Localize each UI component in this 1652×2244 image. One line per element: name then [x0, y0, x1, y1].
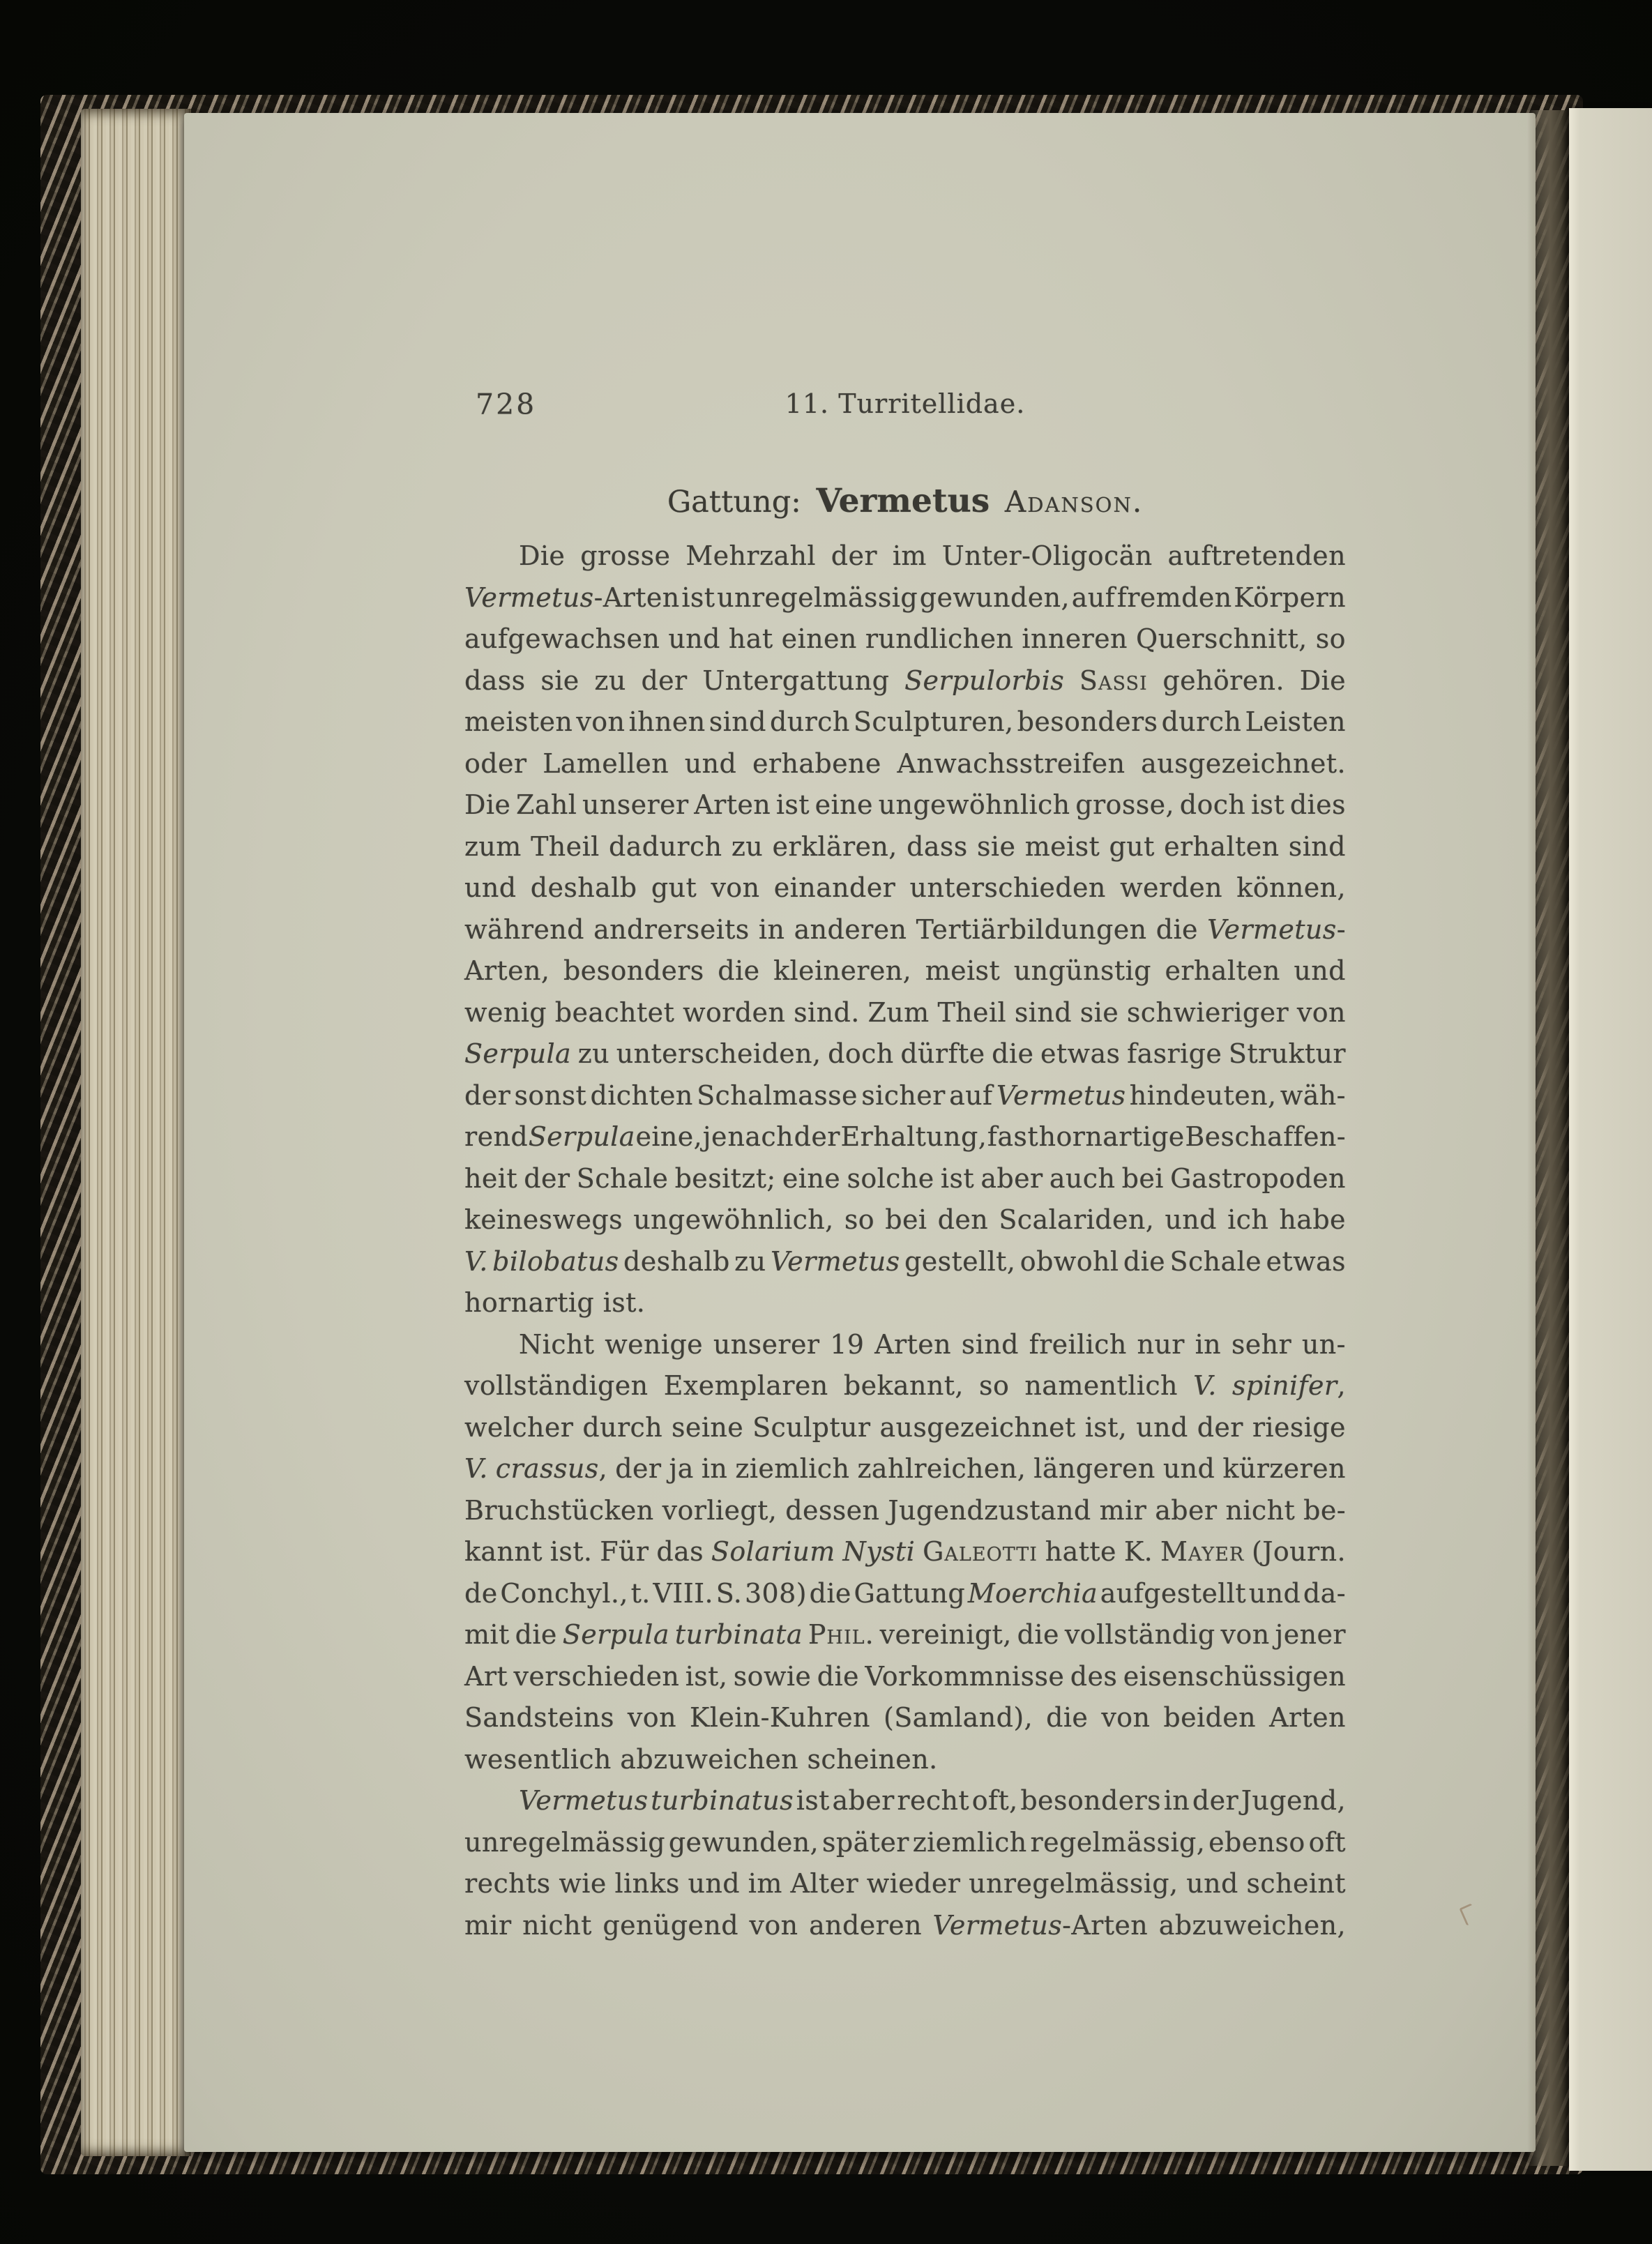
word-token: riesige [1252, 1407, 1346, 1449]
word-token: ist [796, 1780, 830, 1822]
word-token: ich [1227, 1199, 1268, 1241]
word-token: zu [578, 1033, 609, 1075]
word-token: so [1316, 619, 1346, 660]
word-token: turbinata [675, 1614, 803, 1656]
word-token: Arten [1269, 1697, 1346, 1739]
word-token: rechts [464, 1863, 551, 1905]
word-token: besonders [563, 950, 704, 992]
word-token: von [749, 1905, 798, 1947]
word-token: wenige [605, 1324, 703, 1366]
word-token: Arten [694, 784, 771, 826]
word-token: auf [1072, 577, 1115, 619]
word-token: die [810, 1573, 851, 1615]
word-token: wieder [867, 1863, 961, 1905]
word-token: Vermetus [771, 1241, 900, 1283]
word-token: und [685, 743, 736, 785]
word-token: ungewöhnlich, [633, 1199, 833, 1241]
word-token: Schalmasse [697, 1075, 858, 1117]
word-token: die [515, 1614, 557, 1656]
word-token: einen [782, 619, 857, 660]
word-token: sowie [734, 1656, 812, 1698]
word-token: sehr [1232, 1324, 1291, 1366]
word-token: und [1294, 950, 1345, 992]
word-token: und [1163, 1448, 1215, 1490]
word-token: Vermetus-Arten [464, 577, 680, 619]
word-token: vereinigt, [880, 1614, 1012, 1656]
word-token: und [464, 867, 516, 909]
word-token: 308) [745, 1573, 807, 1615]
word-token: die [817, 1656, 859, 1698]
word-token: der [1197, 1407, 1243, 1449]
text-line: oderLamellenunderhabeneAnwachsstreifenau… [464, 743, 1346, 785]
text-line: Serpulazuunterscheiden,dochdürftedieetwa… [464, 1033, 1346, 1075]
word-token: Vorkommnisse [865, 1656, 1064, 1698]
word-token: eisenschüssigen [1123, 1656, 1346, 1698]
word-token: die [1123, 1241, 1165, 1283]
word-token: Nysti [843, 1531, 916, 1573]
word-token: dichten [591, 1075, 693, 1117]
word-token: oft [1309, 1822, 1346, 1864]
word-token: Conchyl., [500, 1573, 628, 1615]
word-token: in [1195, 1324, 1221, 1366]
text-line: hornartig ist. [464, 1282, 1346, 1324]
text-line: Nichtwenigeunserer19Artensindfreilichnur… [464, 1324, 1346, 1366]
word-token: Anwachsstreifen [897, 743, 1125, 785]
word-token: etwas [1266, 1241, 1346, 1283]
word-token: freilich [1029, 1324, 1127, 1366]
word-token: zu [594, 660, 626, 702]
word-token: später [822, 1822, 909, 1864]
word-token: abzuweichen, [1159, 1905, 1346, 1947]
word-token: sind [709, 702, 766, 743]
paper-fiber-mark [1459, 1903, 1478, 1925]
word-token: Scalariden, [999, 1199, 1154, 1241]
word-token: unregelmässig [717, 577, 918, 619]
text-line: vollständigenExemplarenbekannt,sonamentl… [464, 1365, 1346, 1407]
word-token: Serpulorbis [904, 660, 1064, 702]
word-token: und [1249, 1573, 1301, 1615]
word-token: VIII. [653, 1573, 713, 1615]
word-token: der [615, 1448, 661, 1490]
word-token: meist [925, 950, 1000, 992]
text-line: wenigbeachtetwordensind.ZumTheilsindsies… [464, 992, 1346, 1034]
word-token: rundlichen [865, 619, 1013, 660]
word-token: fremden [1117, 577, 1232, 619]
word-token: sonst [515, 1075, 587, 1117]
word-token: und [668, 619, 720, 660]
word-token: Theil [937, 992, 1006, 1034]
word-token: je [703, 1116, 727, 1158]
word-token: mir [464, 1905, 512, 1947]
word-token: ja [669, 1448, 694, 1490]
word-token: sie [977, 826, 1015, 868]
word-token: die [1046, 1697, 1088, 1739]
word-token: die [1156, 909, 1198, 951]
word-token: da- [1303, 1573, 1346, 1615]
text-line: deConchyl.,t.VIII.S.308)dieGattungMoerch… [464, 1573, 1346, 1615]
word-token: vollständig [1065, 1614, 1215, 1656]
word-token: wie [559, 1863, 606, 1905]
word-token: Arten, [464, 950, 550, 992]
word-token: im [748, 1863, 782, 1905]
word-token: besitzt; [675, 1158, 776, 1200]
word-token: ausgezeichnet. [1141, 743, 1346, 785]
word-token: der [831, 536, 877, 577]
word-token: der [641, 660, 687, 702]
word-token: wäh- [1280, 1075, 1346, 1117]
word-token: nicht [522, 1905, 592, 1947]
word-token: von [711, 867, 759, 909]
word-token: meist [1025, 826, 1100, 868]
word-token: bei [1122, 1158, 1164, 1200]
word-token: Vermetus [519, 1780, 649, 1822]
book-page: 728 11. Turritellidae. Gattung: Vermetus… [184, 113, 1536, 2152]
word-token: Moerchia [968, 1573, 1098, 1615]
word-token: obwohl [1020, 1241, 1119, 1283]
word-token: Jugend, [1241, 1780, 1346, 1822]
word-token: spinifer, [1232, 1365, 1346, 1407]
word-token: Für [600, 1531, 649, 1573]
text-line: heitderSchalebesitzt;einesolcheistaberau… [464, 1158, 1346, 1200]
word-token: Vermetus- [1207, 909, 1346, 951]
word-token: (Journ. [1252, 1531, 1346, 1573]
text-line: V.bilobatusdeshalbzuVermetusgestellt,obw… [464, 1241, 1346, 1283]
word-token: Arten [874, 1324, 951, 1366]
word-token: besonders [1017, 702, 1158, 743]
word-token: Zum [868, 992, 930, 1034]
word-token: Querschnitt, [1136, 619, 1308, 660]
word-token: regelmässig, [1031, 1822, 1206, 1864]
word-token: Mehrzahl [685, 536, 816, 577]
word-token: sind. [794, 992, 860, 1034]
word-token: längeren [1033, 1448, 1155, 1490]
word-token: erhalten [1165, 950, 1280, 992]
word-token: Alter [791, 1863, 859, 1905]
word-token: der [1192, 1780, 1238, 1822]
text-line: meistenvonihnensinddurchSculpturen,beson… [464, 702, 1346, 743]
word-token: 19 [830, 1324, 864, 1366]
word-token: rend [464, 1116, 528, 1158]
word-token: K. [1124, 1531, 1153, 1573]
word-token: die [1017, 1614, 1059, 1656]
word-token: Tertiärbildungen [916, 909, 1147, 951]
word-token: scheint [1247, 1863, 1346, 1905]
word-token: Erhaltung, [840, 1116, 987, 1158]
word-token: vorliegt, [662, 1490, 778, 1532]
word-token: Klein-Kuhren [690, 1697, 870, 1739]
text-line: währendandrerseitsinanderenTertiärbildun… [464, 909, 1346, 951]
word-token: unserer [713, 1324, 820, 1366]
text-line: zumTheildadurchzuerklären,dasssiemeistgu… [464, 826, 1346, 868]
word-token: Art [464, 1656, 508, 1698]
word-token: S. [716, 1573, 743, 1615]
word-token: aber [1155, 1490, 1217, 1532]
word-token: Gastropoden [1170, 1158, 1346, 1200]
word-token: zu [732, 826, 763, 868]
word-token: inneren [1022, 619, 1128, 660]
word-token: oft, [972, 1780, 1018, 1822]
word-token: de [464, 1573, 498, 1615]
word-token: solche [847, 1158, 934, 1200]
word-token: unterschieden [910, 867, 1106, 909]
word-token: der [524, 1158, 570, 1200]
word-token: Untergattung [702, 660, 889, 702]
word-token: hat [729, 619, 773, 660]
word-token: auch [1049, 1158, 1116, 1200]
word-token: durch [770, 702, 850, 743]
word-token: grosse [580, 536, 670, 577]
word-token: von [1101, 1697, 1150, 1739]
word-token: und [688, 1863, 740, 1905]
word-token: eine, [635, 1116, 702, 1158]
word-token: ist [681, 577, 715, 619]
word-token: der [464, 1075, 510, 1117]
word-token: bilobatus [492, 1241, 619, 1283]
word-token: Solarium [711, 1531, 835, 1573]
word-token: anderen [794, 909, 907, 951]
word-token: werden [1120, 867, 1222, 909]
running-title: 11. Turritellidae. [464, 386, 1346, 421]
word-token: von [628, 1697, 676, 1739]
word-token: auftretenden [1168, 536, 1346, 577]
word-token: ebenso [1208, 1822, 1305, 1864]
text-line: SandsteinsvonKlein-Kuhren(Samland),dievo… [464, 1697, 1346, 1739]
word-token: welcher [464, 1407, 573, 1449]
word-token: kürzeren [1222, 1448, 1346, 1490]
word-token: ausgezeichnet [879, 1407, 1075, 1449]
word-token: unserer [582, 784, 689, 826]
word-token: seine [672, 1407, 743, 1449]
word-token: gewunden, [669, 1822, 819, 1864]
word-token: ihnen [629, 702, 706, 743]
word-token: Serpula [529, 1116, 635, 1158]
word-token: unregelmässig, [969, 1863, 1178, 1905]
word-token: erklären, [772, 826, 897, 868]
word-token: kannt [464, 1531, 543, 1573]
word-token: von [1221, 1614, 1270, 1656]
word-token: verschieden [514, 1656, 680, 1698]
word-token: Galeotti [923, 1531, 1038, 1573]
word-token: nicht [1225, 1490, 1295, 1532]
word-token: Sculpturen, [854, 702, 1014, 743]
word-token: Beschaffen- [1185, 1116, 1346, 1158]
running-head: 728 11. Turritellidae. [464, 386, 1346, 423]
text-line: Arten,besondersdiekleineren,meistungünst… [464, 950, 1346, 992]
word-token: be- [1303, 1490, 1346, 1532]
word-token: in [759, 909, 785, 951]
word-token: durch [582, 1407, 662, 1449]
word-token: Unter-Oligocän [942, 536, 1153, 577]
word-token: deshalb [623, 1241, 730, 1283]
word-token: so [844, 1199, 874, 1241]
word-token: Serpula [464, 1033, 571, 1075]
word-token: Die [1300, 660, 1346, 702]
word-token: gewunden, [920, 577, 1070, 619]
book-gutter-shadow [1527, 110, 1569, 2166]
word-token: Bruchstücken [464, 1490, 654, 1532]
text-line: dersonstdichtenSchalmassesicheraufVermet… [464, 1075, 1346, 1117]
word-token: sicher [861, 1075, 945, 1117]
text-line: V.crassus,derjainziemlichzahlreichen,län… [464, 1448, 1346, 1490]
word-token: un- [1302, 1324, 1346, 1366]
text-line: unregelmässiggewunden,späterziemlichrege… [464, 1822, 1346, 1864]
word-token: ist, [1085, 1407, 1128, 1449]
word-token: fast [987, 1116, 1038, 1158]
text-line: mirnichtgenügendvonanderenVermetus-Arten… [464, 1905, 1346, 1947]
word-token: dass [464, 660, 526, 702]
word-token: grosse, [1075, 784, 1174, 826]
word-token: gestellt, [904, 1241, 1015, 1283]
page-edge-stack [81, 109, 191, 2156]
word-token: Die [464, 784, 510, 826]
word-token: t. [631, 1573, 651, 1615]
word-token: erhabene [752, 743, 881, 785]
text-line: Vermetusturbinatusistaberrechtoft,besond… [464, 1780, 1346, 1822]
text-line: rechtswielinksundimAlterwiederunregelmäs… [464, 1863, 1346, 1905]
word-token: recht [897, 1780, 969, 1822]
word-token: die [718, 950, 759, 992]
word-token: etwas [1040, 1033, 1120, 1075]
word-token: beiden [1163, 1697, 1256, 1739]
word-token: der [794, 1116, 840, 1158]
word-token: worden [683, 992, 785, 1034]
word-token: den [938, 1199, 989, 1241]
word-token: und [1165, 1199, 1216, 1241]
word-token: Sassi [1079, 660, 1148, 702]
word-token: Lamellen [543, 743, 669, 785]
word-token: von [576, 702, 625, 743]
word-token: sie [1080, 992, 1119, 1034]
heading-author: Adanson. [1005, 485, 1143, 519]
text-line: DiegrosseMehrzahlderimUnter-Oligocänauft… [464, 536, 1346, 577]
word-token: Sandsteins [464, 1697, 614, 1739]
word-token: eine [815, 784, 873, 826]
word-token: zum [464, 826, 522, 868]
word-token: auf [949, 1075, 992, 1117]
word-token: im [893, 536, 927, 577]
word-token: Schale [1170, 1241, 1262, 1283]
heading-prefix: Gattung: [667, 485, 801, 520]
word-token: ist. [550, 1531, 593, 1573]
word-token: des [1070, 1656, 1118, 1698]
word-token: Struktur [1229, 1033, 1346, 1075]
word-token: Leisten [1245, 702, 1345, 743]
text-line: welcherdurchseineSculpturausgezeichnetis… [464, 1407, 1346, 1449]
word-token: die [992, 1033, 1033, 1075]
word-token: Die [519, 536, 565, 577]
word-token: sind [1015, 992, 1072, 1034]
word-token: heit [464, 1158, 517, 1200]
text-line: mitdieSerpulaturbinataPhil.vereinigt,die… [464, 1614, 1346, 1656]
word-token: Körpern [1234, 577, 1346, 619]
word-token: sie [540, 660, 579, 702]
text-line: Artverschiedenist,sowiedieVorkommnissede… [464, 1656, 1346, 1698]
word-token: Theil [531, 826, 600, 868]
word-token: aber [980, 1158, 1043, 1200]
word-token: V. [464, 1241, 488, 1283]
word-token: von [1297, 992, 1346, 1034]
word-token: zahlreichen, [857, 1448, 1026, 1490]
word-token: Schale [577, 1158, 669, 1200]
word-token: gut [651, 867, 697, 909]
word-token: turbinatus [651, 1780, 794, 1822]
text-line: unddeshalbgutvoneinanderunterschiedenwer… [464, 867, 1346, 909]
heading-genus: Vermetus [810, 482, 995, 520]
word-token: sind [962, 1324, 1019, 1366]
word-token: kleineren, [773, 950, 911, 992]
word-token: und [1136, 1407, 1188, 1449]
word-token: bei [885, 1199, 927, 1241]
word-token: meisten [464, 702, 573, 743]
word-token: nach [727, 1116, 794, 1158]
word-token: erhalten [1164, 826, 1279, 868]
word-token: (Samland), [884, 1697, 1033, 1739]
word-token: zu [734, 1241, 766, 1283]
word-token: Phil. [808, 1614, 874, 1656]
word-token: Exemplaren [664, 1365, 828, 1407]
word-token: einander [774, 867, 895, 909]
section-heading: Gattung: Vermetus Adanson. [464, 483, 1346, 520]
word-token: so [979, 1365, 1009, 1407]
text-line: kanntist.FürdasSolariumNystiGaleottihatt… [464, 1531, 1346, 1573]
word-token: Zahl [516, 784, 577, 826]
word-token: ist [941, 1158, 974, 1200]
text-line: Bruchstückenvorliegt,dessenJugendzustand… [464, 1490, 1346, 1532]
word-token: doch [828, 1033, 894, 1075]
word-token: doch [1180, 784, 1246, 826]
word-token: das [656, 1531, 704, 1573]
word-token: aufgestellt [1100, 1573, 1246, 1615]
word-token: oder [464, 743, 526, 785]
word-token: dies [1290, 784, 1346, 826]
word-token: sind [1289, 826, 1346, 868]
word-token: ungünstig [1014, 950, 1151, 992]
word-token: aufgewachsen [464, 619, 660, 660]
scan-background: 728 11. Turritellidae. Gattung: Vermetus… [0, 0, 1652, 2244]
word-token: gehören. [1162, 660, 1285, 702]
word-token: können, [1236, 867, 1346, 909]
word-token: andrerseits [593, 909, 750, 951]
word-token: hindeuten, [1130, 1075, 1277, 1117]
word-token: besonders [1020, 1780, 1161, 1822]
word-token: fasrige [1127, 1033, 1222, 1075]
word-token: Nicht [519, 1324, 594, 1366]
word-token: Serpula [563, 1614, 669, 1656]
word-token: ziemlich [735, 1448, 849, 1490]
word-token: crassus, [496, 1448, 607, 1490]
page-number: 728 [476, 388, 536, 421]
word-token: Vermetus-Arten [933, 1905, 1149, 1947]
text-line: Vermetus-Artenistunregelmässiggewunden,a… [464, 577, 1346, 619]
word-token: dessen [785, 1490, 879, 1532]
word-token: links [614, 1863, 679, 1905]
word-token: genügend [603, 1905, 738, 1947]
word-token: ist, [685, 1656, 728, 1698]
text-line: aufgewachsenundhateinenrundlicheninneren… [464, 619, 1346, 660]
word-token: und [1186, 1863, 1238, 1905]
body-text: DiegrosseMehrzahlderimUnter-Oligocänauft… [464, 536, 1346, 1946]
word-token: beachtet [555, 992, 674, 1034]
word-token: Jugendzustand [888, 1490, 1091, 1532]
word-token: deshalb [531, 867, 637, 909]
word-token: dadurch [609, 826, 722, 868]
word-token: nur [1137, 1324, 1185, 1366]
text-line: wesentlich abzuweichen scheinen. [464, 1739, 1346, 1781]
facing-page-sliver [1569, 108, 1652, 2171]
text-line: rendSerpulaeine,jenachderErhaltung,fasth… [464, 1116, 1346, 1158]
word-token: hornartige [1039, 1116, 1185, 1158]
word-token: in [702, 1448, 727, 1490]
